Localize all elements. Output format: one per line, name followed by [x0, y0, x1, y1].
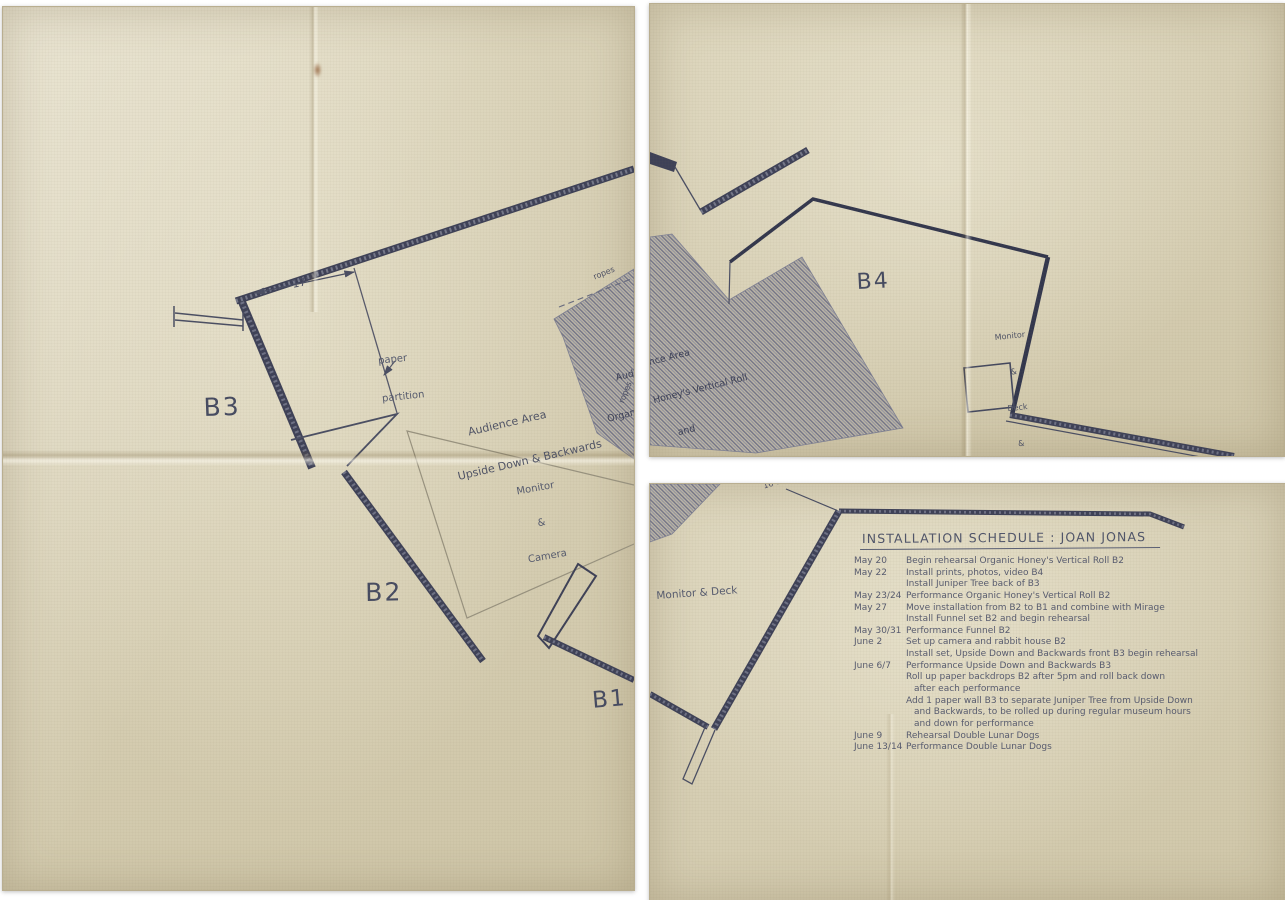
schedule-row: May 23/24Performance Organic Honey's Ver…	[854, 591, 1280, 603]
schedule-row-date	[854, 696, 906, 708]
schedule-row: Install Juniper Tree back of B3	[854, 579, 1280, 591]
schedule-row: May 20Begin rehearsal Organic Honey's Ve…	[854, 556, 1280, 568]
schedule-row-date	[854, 672, 906, 684]
schedule-row: Install Funnel set B2 and begin rehearsa…	[854, 614, 1280, 626]
schedule-row-date: May 30/31	[854, 626, 906, 638]
screen-area-hatch-corner	[650, 484, 720, 542]
schedule-row-text: Install prints, photos, video B4	[906, 568, 1043, 580]
schedule-row-date: May 20	[854, 556, 906, 568]
schedule-row: May 27Move installation from B2 to B1 an…	[854, 603, 1280, 615]
schedule-row-date	[854, 707, 906, 719]
schedule-row: June 9Rehearsal Double Lunar Dogs	[854, 731, 1280, 743]
scanned-plan-composite: 17' paper partition B3 Audience Area Ups…	[0, 0, 1285, 900]
thin-line-to-hatch	[729, 262, 730, 304]
schedule-row: and down for performance	[854, 719, 1280, 731]
schedule-row-date: May 23/24	[854, 591, 906, 603]
schedule-row: June 13/14Performance Double Lunar Dogs	[854, 742, 1280, 754]
wall-left-diagonal	[714, 511, 839, 729]
schedule-row-date: June 2	[854, 637, 906, 649]
schedule-row: Install set, Upside Down and Backwards f…	[854, 649, 1280, 661]
room-label-b4: B4	[856, 267, 890, 296]
wall-b3-vertical	[242, 302, 312, 468]
schedule-row-text: Install Juniper Tree back of B3	[906, 579, 1040, 591]
schedule-row: June 6/7Performance Upside Down and Back…	[854, 661, 1280, 673]
dimension-bracket	[174, 306, 243, 331]
schedule-row: after each performance	[854, 684, 1280, 696]
schedule-row-text: and down for performance	[906, 719, 1034, 731]
schedule-row: June 2Set up camera and rabbit house B2	[854, 637, 1280, 649]
thin-wall-link	[675, 167, 701, 211]
schedule-row-date	[854, 614, 906, 626]
schedule-row: Roll up paper backdrops B2 after 5pm and…	[854, 672, 1280, 684]
schedule-row-text: Performance Funnel B2	[906, 626, 1011, 638]
schedule-row-text: Add 1 paper wall B3 to separate Juniper …	[906, 696, 1193, 708]
schedule-row-text: Rehearsal Double Lunar Dogs	[906, 731, 1039, 743]
wall-b4-angled	[730, 199, 1048, 262]
schedule-row-text: Install Funnel set B2 and begin rehearsa…	[906, 614, 1090, 626]
schedule-row-text: Set up camera and rabbit house B2	[906, 637, 1066, 649]
schedule-row: May 22Install prints, photos, video B4	[854, 568, 1280, 580]
schedule-row-text: and Backwards, to be rolled up during re…	[906, 707, 1191, 719]
schedule-rows: May 20Begin rehearsal Organic Honey's Ve…	[854, 556, 1280, 754]
schedule-row: Add 1 paper wall B3 to separate Juniper …	[854, 696, 1280, 708]
wall-b1-diagonal	[544, 637, 634, 680]
wall-open-end	[683, 725, 715, 784]
schedule-row-text: Performance Organic Honey's Vertical Rol…	[906, 591, 1110, 603]
schedule-row-text: Move installation from B2 to B1 and comb…	[906, 603, 1165, 615]
schedule-row-date: May 22	[854, 568, 906, 580]
schedule-row-text: Install set, Upside Down and Backwards f…	[906, 649, 1198, 661]
schedule-row-date: June 6/7	[854, 661, 906, 673]
schedule-row-date	[854, 684, 906, 696]
schedule-row: and Backwards, to be rolled up during re…	[854, 707, 1280, 719]
rust-stain	[313, 62, 322, 78]
wall-fragment-top-left	[650, 152, 677, 172]
schedule-row-date: May 27	[854, 603, 906, 615]
dimension-leader-line	[786, 489, 836, 510]
schedule-row-date: June 9	[854, 731, 906, 743]
schedule-row-text: Begin rehearsal Organic Honey's Vertical…	[906, 556, 1124, 568]
schedule-row-date	[854, 649, 906, 661]
schedule-row-text: Roll up paper backdrops B2 after 5pm and…	[906, 672, 1165, 684]
wall-hatched-top	[701, 150, 808, 212]
schedule-row-date	[854, 719, 906, 731]
room-label-b3: B3	[203, 391, 241, 424]
wall-from-left-edge	[650, 694, 708, 727]
wall-top	[839, 511, 1184, 527]
floor-plan-top-right-sheet: B4 Monitor & Deck & Headphones Audience …	[649, 3, 1285, 457]
wall-b2-diagonal	[344, 472, 483, 661]
room-label-b2: B2	[365, 576, 403, 608]
schedule-row-text: Performance Upside Down and Backwards B3	[906, 661, 1111, 673]
schedule-row-text: Performance Double Lunar Dogs	[906, 742, 1052, 754]
schedule-row-date: June 13/14	[854, 742, 906, 754]
room-label-b1: B1	[591, 684, 628, 716]
floor-plan-left-sheet: 17' paper partition B3 Audience Area Ups…	[2, 6, 635, 891]
schedule-sheet: 16'6 Monitor & Deck INSTALLATION SCHEDUL…	[649, 483, 1285, 900]
schedule-row-text: after each performance	[906, 684, 1020, 696]
schedule-row-date	[854, 579, 906, 591]
schedule-row: May 30/31Performance Funnel B2	[854, 626, 1280, 638]
schedule-title: INSTALLATION SCHEDULE : JOAN JONAS	[860, 529, 1160, 550]
